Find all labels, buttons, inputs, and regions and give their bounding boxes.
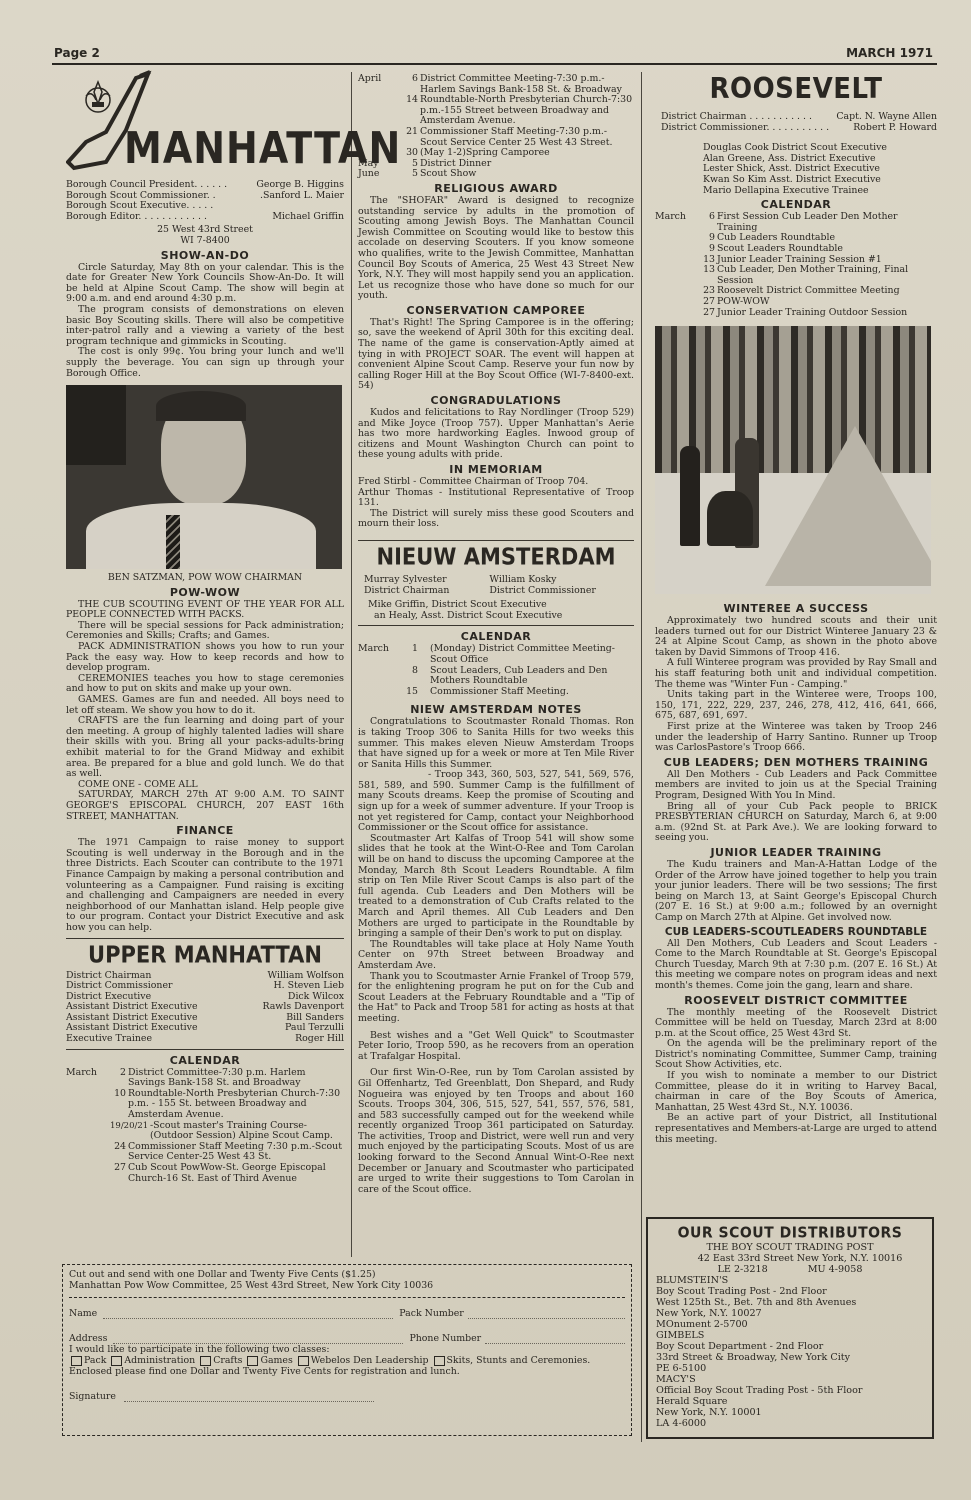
officer-role: District Commissioner: [489, 586, 596, 597]
article-paragraph: THE CUB SCOUTING EVENT OF THE YEAR FOR A…: [66, 600, 344, 621]
cal-month: [655, 265, 697, 286]
distributor-line: Boy Scout Trading Post - 2nd Floor: [656, 1286, 924, 1297]
checkbox-games[interactable]: [247, 1356, 258, 1366]
section-heading: CUB LEADERS-SCOUTLEADERS ROUNDTABLE: [655, 926, 937, 938]
cal-month: March: [358, 644, 400, 665]
article-paragraph: On the agenda will be the preliminary re…: [655, 1039, 937, 1071]
article-paragraph: CRAFTS are the fun learning and doing pa…: [66, 716, 344, 780]
executive-line: an Healy, Asst. District Scout Executive: [374, 611, 634, 622]
officer-name: George B. Higgins: [256, 180, 344, 191]
calendar-heading: CALENDAR: [655, 198, 937, 211]
checkbox-webelos[interactable]: [298, 1356, 309, 1366]
classes-intro: I would like to participate in the follo…: [69, 1344, 625, 1355]
newspaper-page: Page 2 MARCH 1971 MANHATTAN Borough Coun…: [0, 0, 971, 1500]
upper-manhattan-title: UPPER MANHATTAN: [66, 941, 344, 967]
officer-role: Borough Editor. . . . . . . . . . . .: [66, 212, 207, 223]
issue-date: MARCH 1971: [846, 46, 933, 60]
cal-event: Commissioner Staff Meeting.: [420, 687, 634, 698]
article-paragraph: First prize at the Winteree was taken by…: [655, 722, 937, 754]
section-heading: RELIGIOUS AWARD: [358, 182, 634, 195]
nieuw-amsterdam-title: NIEUW AMSTERDAM: [358, 544, 634, 570]
cal-month: [655, 308, 697, 319]
cal-day: 6: [699, 212, 715, 233]
manhattan-officers: Borough Council President. . . . . .Geor…: [66, 180, 344, 247]
cal-event: Commissioner Staff Meeting-7:30 p.m.-Sco…: [420, 127, 634, 148]
scout-distributors-box: OUR SCOUT DISTRIBUTORS THE BOY SCOUT TRA…: [646, 1217, 934, 1439]
cal-month: [66, 1142, 108, 1163]
checkbox-crafts[interactable]: [200, 1356, 211, 1366]
article-paragraph: There will be special sessions for Pack …: [66, 621, 344, 642]
distributors-title: OUR SCOUT DISTRIBUTORS: [656, 1224, 924, 1242]
pow-wow-registration-coupon: Cut out and send with one Dollar and Twe…: [62, 1264, 632, 1436]
address-field[interactable]: [113, 1333, 403, 1344]
cal-event: Scout Leaders, Cub Leaders and Den Mothe…: [420, 666, 634, 687]
upper-manhattan-calendar: March2District Committee-7:30 p.m. Harle…: [66, 1068, 344, 1185]
cal-event: Scout Leaders Roundtable: [717, 244, 937, 255]
article-paragraph: Our first Win-O-Ree, run by Tom Carolan …: [358, 1068, 634, 1195]
officer-name: Michael Griffin: [272, 212, 344, 223]
distributor-phone: MU 4-9058: [808, 1264, 863, 1275]
calendar-heading: CALENDAR: [66, 1054, 344, 1067]
distributor-line: GIMBELS: [656, 1330, 924, 1341]
header-rule: [52, 63, 937, 65]
option-label: Pack: [84, 1355, 106, 1366]
article-paragraph: The Kudu trainers and Man-A-Hattan Lodge…: [655, 860, 937, 924]
article-paragraph: Approximately two hundred scouts and the…: [655, 616, 937, 658]
officer-role: District Commissioner. . . . . . . . . .…: [661, 123, 829, 134]
coupon-address: Manhattan Pow Wow Committee, 25 West 43r…: [69, 1280, 625, 1291]
distributor-line: BLUMSTEIN'S: [656, 1275, 924, 1286]
checkbox-skits[interactable]: [434, 1356, 445, 1366]
cal-day: 27: [699, 308, 715, 319]
middle-column: April6District Committee Meeting-7:30 p.…: [358, 70, 634, 1195]
article-paragraph: Bring all of your Cub Pack people to BRI…: [655, 802, 937, 844]
cal-event: Cub Scout PowWow-St. George Episcopal Ch…: [128, 1163, 344, 1184]
cal-event: District Committee Meeting-7:30 p.m.-Har…: [420, 74, 634, 95]
officer-name: Robert P. Howard: [853, 123, 937, 134]
officer-row: District Commissioner. . . . . . . . . .…: [661, 123, 937, 134]
article-paragraph: All Den Mothers, Cub Leaders and Scout L…: [655, 939, 937, 992]
upper-manhattan-officers: District ChairmanWilliam Wolfson Distric…: [66, 971, 344, 1045]
cal-month: [655, 286, 697, 297]
section-rule: [358, 540, 634, 541]
calendar-heading: CALENDAR: [358, 630, 634, 643]
photo-winteree-camp: [655, 326, 931, 594]
officer-name: Roger Hill: [295, 1034, 344, 1045]
cal-event: First Session Cub Leader Den Mother Trai…: [717, 212, 937, 233]
section-rule: [358, 625, 634, 626]
nieuw-amsterdam-officers: Murray SylvesterDistrict Chairman Willia…: [364, 575, 634, 596]
officer-block: Murray SylvesterDistrict Chairman: [364, 575, 449, 596]
cal-event: Scout Show: [420, 169, 634, 180]
officer-block: William KoskyDistrict Commissioner: [489, 575, 596, 596]
officer-row: Borough Editor. . . . . . . . . . . .Mic…: [66, 212, 344, 223]
cal-day: 27: [110, 1163, 126, 1184]
name-row: Name Pack Number: [69, 1308, 625, 1319]
cal-event: Roundtable-North Presbyterian Church-7:3…: [420, 95, 634, 127]
cal-day: 19/20/21: [110, 1121, 126, 1142]
pack-number-field[interactable]: [468, 1308, 625, 1319]
cal-day: 21: [402, 127, 418, 148]
roosevelt-column: ROOSEVELT District Chairman . . . . . . …: [655, 70, 937, 1145]
article-paragraph: SATURDAY, MARCH 27th AT 9:00 A.M. TO SAI…: [66, 790, 344, 822]
article-paragraph: Units taking part in the Winteree were, …: [655, 690, 937, 722]
distributor-line: West 125th St., Bet. 7th and 8th Avenues: [656, 1297, 924, 1308]
signature-row: Signature: [69, 1391, 625, 1402]
photo-ben-satzman: [66, 385, 342, 569]
cal-month: [655, 297, 697, 308]
option-label: Games: [260, 1355, 292, 1366]
cal-day: 8: [402, 666, 418, 687]
article-paragraph: Kudos and felicitations to Ray Nordlinge…: [358, 408, 634, 461]
cal-month: April: [358, 74, 400, 95]
section-heading: CUB LEADERS; DEN MOTHERS TRAINING: [655, 756, 937, 769]
roosevelt-officers: District Chairman . . . . . . . . . . .C…: [661, 112, 937, 133]
cal-event: Commissioner Staff Meeting 7:30 p.m.-Sco…: [128, 1142, 344, 1163]
section-heading: CONSERVATION CAMPOREE: [358, 304, 634, 317]
section-heading: POW-WOW: [66, 586, 344, 599]
phone-number-label: Phone Number: [409, 1333, 481, 1344]
column-divider: [641, 72, 642, 1442]
roosevelt-calendar: March6First Session Cub Leader Den Mothe…: [655, 212, 937, 318]
checkbox-administration[interactable]: [111, 1356, 122, 1366]
officer-row: Executive TraineeRoger Hill: [66, 1034, 344, 1045]
distributor-line: 42 East 33rd Street New York, N.Y. 10016: [656, 1253, 924, 1264]
address-row: Address Phone Number: [69, 1333, 625, 1344]
roosevelt-title: ROOSEVELT: [655, 73, 937, 106]
article-paragraph: The Roundtables will take place at Holy …: [358, 940, 634, 972]
cal-month: [66, 1121, 108, 1142]
officer-role: District Chairman . . . . . . . . . . .: [661, 112, 812, 123]
cal-month: [358, 95, 400, 127]
cal-month: March: [66, 1068, 108, 1089]
article-paragraph: That's Right! The Spring Camporee is in …: [358, 318, 634, 392]
article-paragraph: The "SHOFAR" Award is designed to recogn…: [358, 196, 634, 302]
distributor-line: Boy Scout Department - 2nd Floor: [656, 1341, 924, 1352]
phone-number-field[interactable]: [485, 1333, 625, 1344]
cal-month: [66, 1089, 108, 1121]
article-paragraph: PACK ADMINISTRATION shows you how to run…: [66, 642, 344, 674]
name-field[interactable]: [103, 1308, 393, 1319]
article-paragraph: Scoutmaster Art Kalfas of Troop 541 will…: [358, 834, 634, 940]
officer-role: District Chairman: [364, 586, 449, 597]
article-paragraph: Circle Saturday, May 8th on your calenda…: [66, 263, 344, 305]
staff-line: Kwan So Kim Asst. District Executive: [703, 175, 937, 186]
option-label: Administration: [124, 1355, 195, 1366]
option-label: Crafts: [213, 1355, 242, 1366]
distributor-line: 33rd Street & Broadway, New York City: [656, 1352, 924, 1363]
section-heading: WINTEREE A SUCCESS: [655, 602, 937, 615]
cal-event: -Scout master's Training Course-(Outdoor…: [128, 1121, 344, 1142]
cal-event: Roundtable-North Presbyterian Church-7:3…: [128, 1089, 344, 1121]
article-paragraph: The program consists of demonstrations o…: [66, 305, 344, 347]
photo-caption: BEN SATZMAN, POW WOW CHAIRMAN: [66, 573, 344, 584]
cal-month: [358, 127, 400, 148]
cal-day: 27: [699, 297, 715, 308]
distributor-phones: LE 2-3218 MU 4-9058: [656, 1264, 924, 1275]
coupon-instruction: Cut out and send with one Dollar and Twe…: [69, 1269, 625, 1280]
option-label: Skits, Stunts and Ceremonies.: [447, 1355, 591, 1366]
cal-month: [358, 666, 400, 687]
article-paragraph: The District will surely miss these good…: [358, 509, 634, 530]
signature-field[interactable]: [124, 1391, 374, 1402]
manhattan-masthead: MANHATTAN: [66, 70, 344, 180]
officer-name: Murray Sylvester: [364, 575, 449, 586]
article-paragraph: CEREMONIES teaches you how to stage cere…: [66, 674, 344, 695]
class-options: Pack Administration Crafts Games Webelos…: [69, 1355, 625, 1366]
distributor-line: MOnument 2-5700: [656, 1319, 924, 1330]
signature-label: Signature: [69, 1391, 116, 1402]
cal-month: [655, 244, 697, 255]
cal-month: [358, 687, 400, 698]
officer-row: District Chairman . . . . . . . . . . .C…: [661, 112, 937, 123]
article-paragraph: Thank you to Scoutmaster Arnie Frankel o…: [358, 972, 634, 1025]
officer-name: Capt. N. Wayne Allen: [836, 112, 937, 123]
cal-month: [66, 1163, 108, 1184]
officer-role: Borough Council President. . . . . .: [66, 180, 227, 191]
distributor-line: MACY'S: [656, 1374, 924, 1385]
cal-month: [655, 233, 697, 244]
name-label: Name: [69, 1308, 97, 1319]
cal-day: 14: [402, 95, 418, 127]
option-label: Webelos Den Leadership: [311, 1355, 429, 1366]
cal-day: 6: [402, 74, 418, 95]
officer-name: .Sanford L. Maier: [260, 191, 344, 202]
distributor-line: Herald Square: [656, 1396, 924, 1407]
section-heading: ROOSEVELT DISTRICT COMMITTEE: [655, 994, 937, 1007]
article-paragraph: GAMES. Games are fun and needed. All boy…: [66, 695, 344, 716]
distributor-phone: LE 2-3218: [718, 1264, 768, 1275]
section-rule: [66, 938, 344, 939]
distributor-line: Official Boy Scout Trading Post - 5th Fl…: [656, 1385, 924, 1396]
checkbox-pack[interactable]: [71, 1356, 82, 1366]
cal-day: 10: [110, 1089, 126, 1121]
page-number: Page 2: [54, 46, 100, 60]
cal-event: Junior Leader Training Outdoor Session: [717, 308, 937, 319]
distributor-line: PE 6-5100: [656, 1363, 924, 1374]
article-paragraph: If you wish to nominate a member to our …: [655, 1071, 937, 1113]
column-divider: [351, 72, 352, 1257]
cal-day: 13: [699, 265, 715, 286]
distributor-line: THE BOY SCOUT TRADING POST: [656, 1242, 924, 1253]
section-rule: [66, 1049, 344, 1050]
article-paragraph: The monthly meeting of the Roosevelt Dis…: [655, 1008, 937, 1040]
staff-line: Mario Dellapina Executive Trainee: [703, 186, 937, 197]
cal-event: District Committee-7:30 p.m. Harlem Savi…: [128, 1068, 344, 1089]
address-label: Address: [69, 1333, 107, 1344]
cal-day: 24: [110, 1142, 126, 1163]
memoriam-line: Arthur Thomas - Institutional Representa…: [358, 488, 634, 509]
article-paragraph: All Den Mothers - Cub Leaders and Pack C…: [655, 770, 937, 802]
article-paragraph: - Troop 343, 360, 503, 527, 541, 569, 57…: [358, 770, 634, 834]
enclosed-note: Enclosed please find one Dollar and Twen…: [69, 1366, 625, 1377]
cal-month: [655, 255, 697, 266]
cal-month: June: [358, 169, 400, 180]
upper-manhattan-calendar-continued: April6District Committee Meeting-7:30 p.…: [358, 74, 634, 180]
officer-role: Executive Trainee: [66, 1034, 152, 1045]
section-heading: NIEW AMSTERDAM NOTES: [358, 703, 634, 716]
article-paragraph: A full Winteree program was provided by …: [655, 658, 937, 690]
section-heading: IN MEMORIAM: [358, 463, 634, 476]
cut-line: [69, 1297, 625, 1298]
distributor-line: New York, N.Y. 10001: [656, 1407, 924, 1418]
cal-day: 9: [699, 244, 715, 255]
cal-day: 2: [110, 1068, 126, 1089]
cal-event: Cub Leader, Den Mother Training, Final S…: [717, 265, 937, 286]
officer-row: Borough Council President. . . . . .Geor…: [66, 180, 344, 191]
article-paragraph: Congratulations to Scoutmaster Ronald Th…: [358, 717, 634, 770]
cal-event: (Monday) District Committee Meeting-Scou…: [420, 644, 634, 665]
section-heading: JUNIOR LEADER TRAINING: [655, 846, 937, 859]
article-paragraph: The cost is only 99¢. You bring your lun…: [66, 347, 344, 379]
cal-event: POW-WOW: [717, 297, 937, 308]
cal-day: 15: [402, 687, 418, 698]
distributor-line: New York, N.Y. 10027: [656, 1308, 924, 1319]
officer-name: William Kosky: [489, 575, 596, 586]
section-heading: FINANCE: [66, 824, 344, 837]
article-paragraph: Best wishes and a "Get Well Quick" to Sc…: [358, 1031, 634, 1063]
cal-day: 5: [402, 169, 418, 180]
section-heading: SHOW-AN-DO: [66, 249, 344, 262]
nieuw-amsterdam-calendar: March1(Monday) District Committee Meetin…: [358, 644, 634, 697]
cal-month: March: [655, 212, 697, 233]
section-heading: CONGRADULATIONS: [358, 394, 634, 407]
roosevelt-staff: Douglas Cook District Scout Executive Al…: [703, 143, 937, 196]
manhattan-column: MANHATTAN Borough Council President. . .…: [66, 70, 344, 1184]
article-paragraph: Be an active part of your District, all …: [655, 1113, 937, 1145]
article-paragraph: The 1971 Campaign to raise money to supp…: [66, 838, 344, 933]
pack-number-label: Pack Number: [399, 1308, 464, 1319]
borough-phone: WI 7-8400: [66, 236, 344, 247]
memoriam-line: Fred Stirbl - Committee Chairman of Troo…: [358, 477, 634, 488]
distributor-line: LA 4-6000: [656, 1418, 924, 1429]
cal-day: 1: [402, 644, 418, 665]
